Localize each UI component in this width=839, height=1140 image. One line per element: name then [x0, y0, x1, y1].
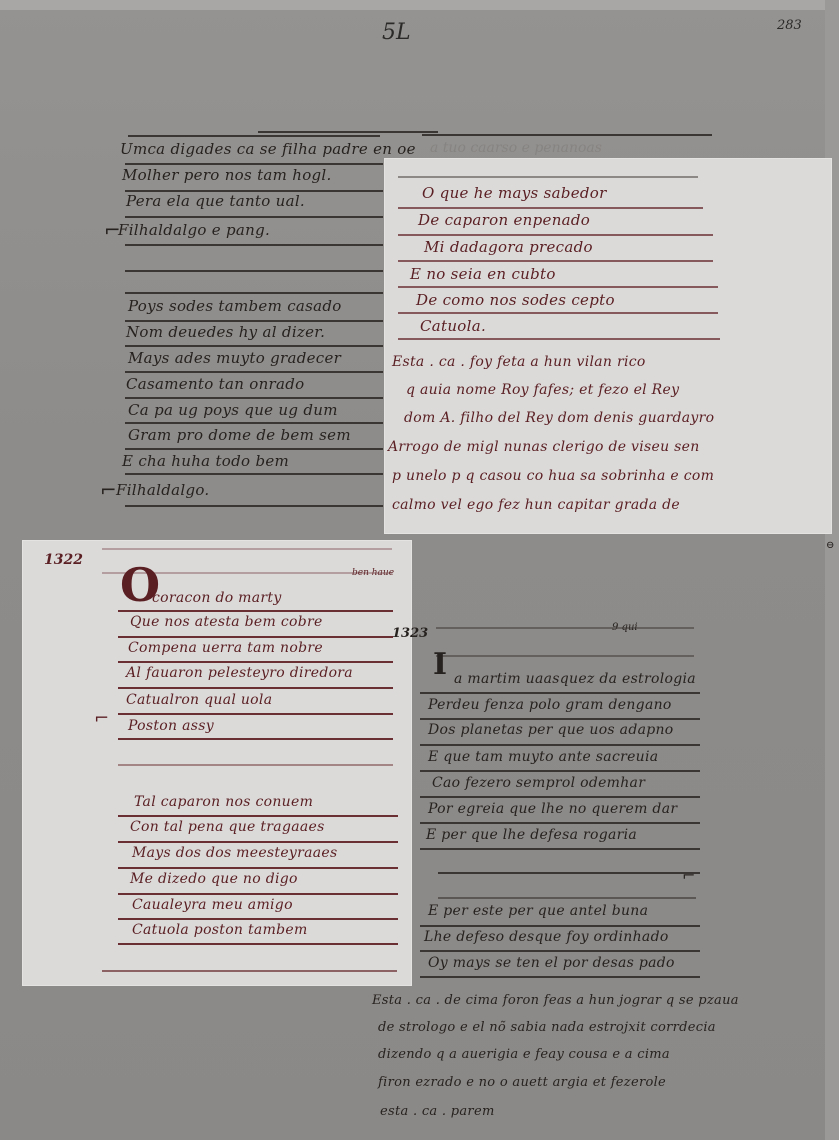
- folio-mark-top: 5L: [382, 20, 411, 45]
- ruled-line: [125, 473, 383, 475]
- verse-line: Nom deuedes hy al dizer.: [126, 323, 325, 341]
- ruled-line: [118, 738, 393, 740]
- ruled-line: [436, 655, 694, 657]
- verse-line: Compena uerra tam nobre: [128, 640, 323, 656]
- ruled-line: [118, 764, 393, 766]
- ruled-line: [118, 943, 398, 945]
- ruled-line: [118, 713, 393, 715]
- ruled-line: [398, 312, 718, 314]
- verse-line: Al fauaron pelesteyro diredora: [126, 665, 353, 681]
- ruled-line: [118, 815, 398, 817]
- verse-line: Oy mays se ten el por desas pado: [428, 955, 675, 971]
- ruled-line: [398, 260, 713, 262]
- ruled-line: [118, 841, 398, 843]
- ruled-line: [420, 925, 700, 927]
- ruled-line: [422, 134, 712, 136]
- verse-line: Mays dos dos meesteyraaes: [132, 845, 337, 861]
- ruled-line: [125, 320, 383, 322]
- ruled-line: [118, 893, 398, 895]
- rubric-line: calmo vel ego fez hun capitar grada de: [392, 497, 680, 513]
- verse-line: Catuola.: [420, 317, 486, 335]
- ruled-line: [125, 371, 383, 373]
- verse-line: Casamento tan onrado: [126, 375, 305, 393]
- verse-line: Caualeyra meu amigo: [132, 897, 293, 913]
- folio-number: 283: [777, 18, 802, 33]
- ruled-line: [420, 848, 700, 850]
- ruled-line: [125, 244, 383, 246]
- verse-line: Pera ela que tanto ual.: [126, 192, 305, 210]
- verse-line: Con tal pena que tragaaes: [130, 819, 325, 835]
- ruled-line: [398, 207, 703, 209]
- ruled-line: [420, 950, 700, 952]
- ruled-line: [420, 692, 700, 694]
- verse-line: Dos planetas per que uos adapno: [428, 722, 674, 738]
- ruled-line: [118, 636, 393, 638]
- ruled-line: [125, 216, 383, 218]
- verse-line: Me dizedo que no digo: [130, 871, 298, 887]
- verse-line: a martim uaasquez da estrologia: [454, 671, 696, 687]
- verse-line: De como nos sodes cepto: [416, 291, 615, 309]
- ruled-line: [258, 131, 438, 133]
- ruled-line: [398, 286, 718, 288]
- rubric-line: q auia nome Roy fafes; et fezo el Rey: [406, 382, 679, 398]
- margin-number: 1322: [44, 552, 83, 568]
- rubric-line: de strologo e el nõ sabia nada estrojxit…: [378, 1020, 716, 1035]
- verse-line: O que he mays sabedor: [422, 184, 607, 202]
- show-through-text: a tuo caarso e penanoas: [430, 140, 602, 156]
- ruled-line: [438, 872, 700, 874]
- decorated-initial: I: [433, 650, 447, 680]
- ruled-line: [118, 661, 393, 663]
- closing-bracket-icon: ⌐: [682, 866, 695, 885]
- verse-line: Poys sodes tambem casado: [128, 297, 342, 315]
- ruled-line: [102, 548, 392, 550]
- verse-line: Filhaldalgo e pang.: [118, 221, 270, 239]
- verse-line: E per que lhe defesa rogaria: [426, 827, 637, 843]
- verse-line: E per este per que antel buna: [428, 903, 648, 919]
- verse-line: Molher pero nos tam hogl.: [122, 166, 332, 184]
- ruled-line: [420, 770, 700, 772]
- ruled-line: [125, 345, 383, 347]
- ruled-line: [118, 867, 398, 869]
- ruled-line: [420, 718, 700, 720]
- verse-line: Catuola poston tambem: [132, 922, 308, 938]
- page-top-edge: [0, 0, 839, 10]
- ruled-line: [125, 448, 383, 450]
- manuscript-page: 5L 283 Umca digades ca se filha padre en…: [0, 0, 839, 1140]
- ruled-line: [125, 270, 383, 272]
- ruled-line: [420, 822, 700, 824]
- paragraph-bracket-icon: ⌐: [100, 478, 117, 502]
- ruled-line: [125, 397, 383, 399]
- rubric-line: Esta . ca . foy feta a hun vilan rico: [392, 354, 646, 370]
- verse-line: E que tam muyto ante sacreuia: [428, 749, 658, 765]
- ruled-line: [125, 422, 383, 424]
- verse-line: Tal caparon nos conuem: [134, 794, 313, 810]
- ruled-line: [118, 918, 398, 920]
- ruled-line: [398, 176, 698, 178]
- verse-line: E no seia en cubto: [410, 265, 556, 283]
- ruled-line: [102, 970, 397, 972]
- rubric-line: dom A. filho del Rey dom denis guardayro: [404, 410, 714, 426]
- rubric-line: Esta . ca . de cima foron feas a hun jog…: [372, 993, 739, 1008]
- rubric-line: Arrogo de migl nunas clerigo de viseu se…: [388, 439, 700, 455]
- verse-line: Ca pa ug poys que ug dum: [128, 401, 338, 419]
- ruled-line: [128, 135, 380, 137]
- margin-number: 1323: [392, 626, 428, 641]
- verse-line: Filhaldalgo.: [116, 481, 209, 499]
- verse-line: Perdeu fenza polo gram dengano: [428, 697, 672, 713]
- verse-line: Lhe defeso desque foy ordinhado: [424, 929, 669, 945]
- ruled-line: [436, 627, 694, 629]
- paragraph-bracket-icon: ⌐: [94, 708, 109, 729]
- rubric-line: dizendo q a auerigia e feay cousa e a ci…: [378, 1047, 670, 1062]
- verse-line: Que nos atesta bem cobre: [130, 614, 323, 630]
- ruled-line: [420, 976, 700, 978]
- verse-line: Por egreia que lhe no querem dar: [428, 801, 677, 817]
- color-scan-insert-lower: 1322 ben haue O coracon do marty Que nos…: [22, 540, 412, 986]
- verse-line: Catualron qual uola: [126, 692, 272, 708]
- verse-line: Mays ades muyto gradecer: [128, 349, 341, 367]
- ruled-line: [118, 610, 393, 612]
- verse-line: Mi dadagora precado: [424, 238, 593, 256]
- verse-line: Umca digades ca se filha padre en oe: [120, 140, 416, 158]
- ruled-line: [118, 687, 393, 689]
- rubric-line: esta . ca . parem: [380, 1104, 495, 1119]
- verse-line: E cha huha todo bem: [122, 452, 289, 470]
- margin-circle-mark-icon: ⊖: [826, 540, 834, 551]
- ruled-line: [125, 505, 383, 507]
- ruled-line: [420, 744, 700, 746]
- ruled-line: [125, 292, 383, 294]
- verse-line: coracon do marty: [152, 590, 282, 606]
- ruled-line: [438, 897, 696, 899]
- ruled-line: [420, 796, 700, 798]
- verse-line: Gram pro dome de bem sem: [128, 426, 351, 444]
- verse-line: Poston assy: [128, 718, 214, 734]
- ruled-line: [125, 163, 383, 165]
- color-scan-insert-upper: O que he mays sabedor De caparon enpenad…: [384, 158, 832, 534]
- rubric-line: firon ezrado e no o auett argia et fezer…: [378, 1075, 666, 1090]
- ruled-line: [398, 338, 720, 340]
- verse-line: Cao fezero semprol odemhar: [432, 775, 645, 791]
- ruled-line: [398, 234, 713, 236]
- verse-line: De caparon enpenado: [418, 211, 590, 229]
- rubric-line: p unelo p q casou co hua sa sobrinha e c…: [392, 468, 714, 484]
